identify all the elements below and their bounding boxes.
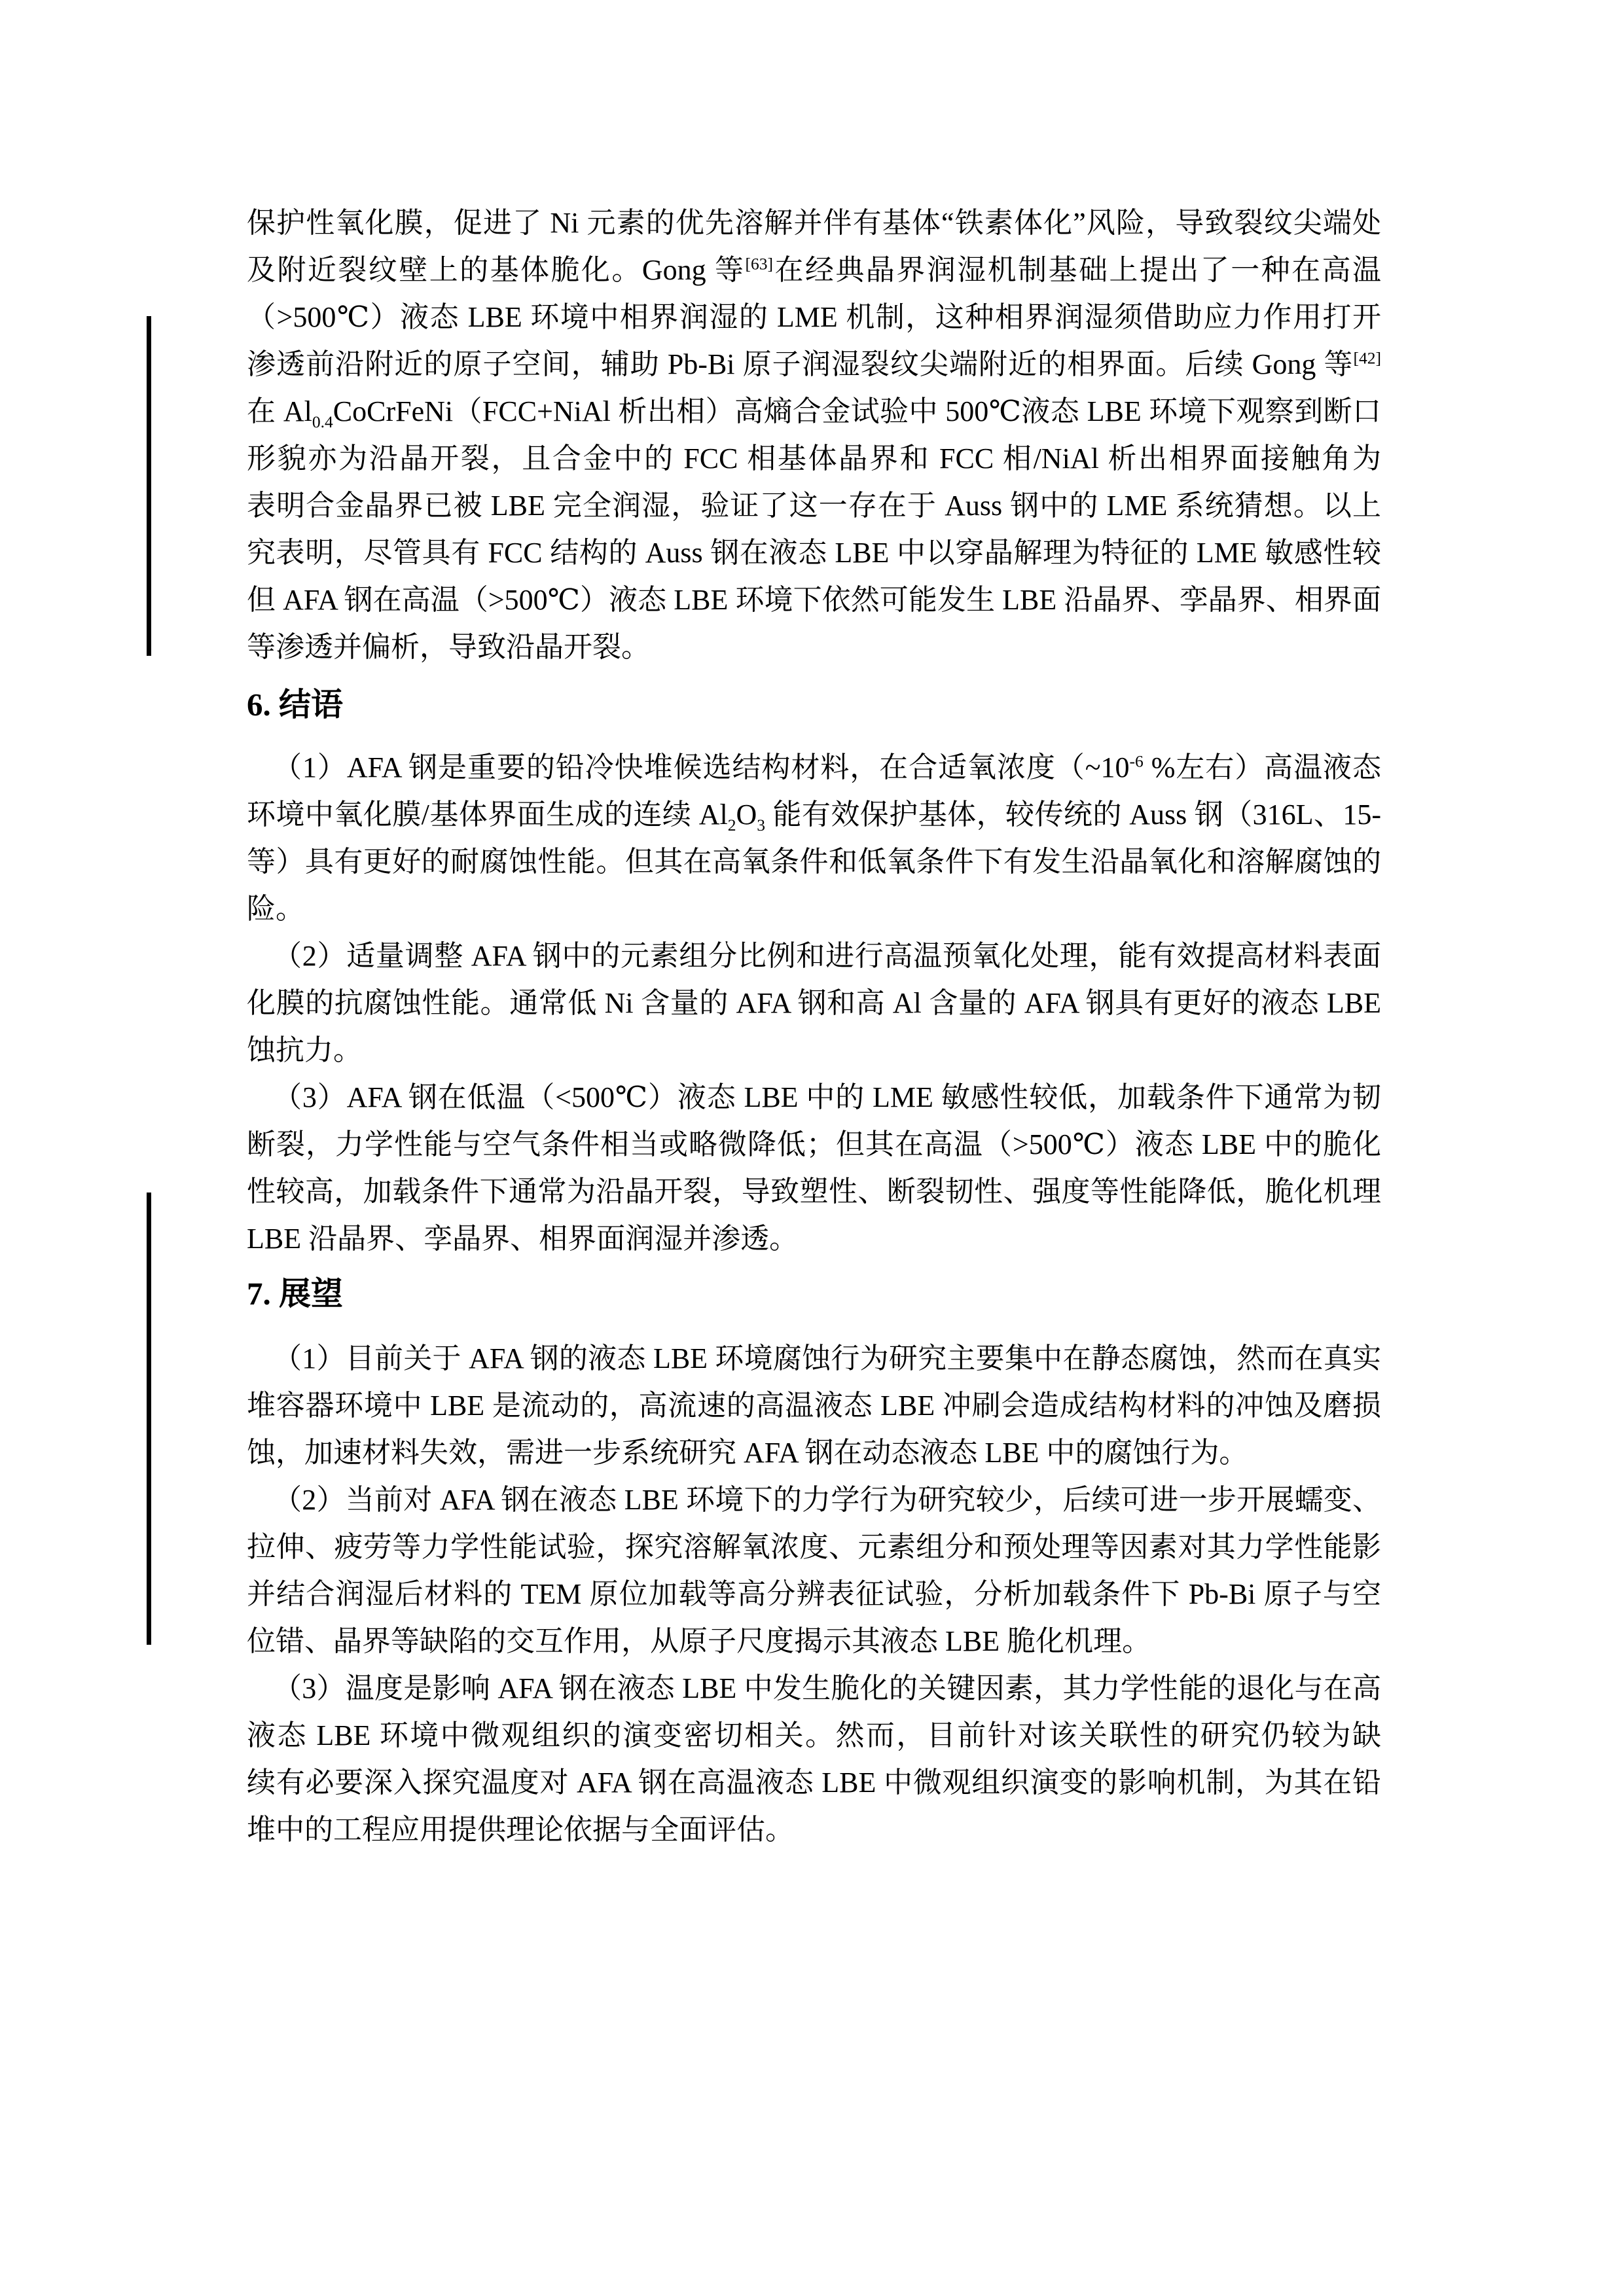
line-text: 续有必要深入探究温度对 AFA 钢在高温液态 LBE 中微观组织演变的影响机制，… [247,1767,1381,1806]
line-text: 及附近裂纹壁上的基体脆化。Gong 等 [247,254,746,286]
line-text: O [736,798,757,831]
text-line: 液态 LBE 环境中微观组织的演变密切相关。然而，目前针对该关联性的研究仍较为缺… [247,1712,1381,1759]
line-text: 液态 LBE 环境中微观组织的演变密切相关。然而，目前针对该关联性的研究仍较为缺… [247,1719,1381,1759]
line-text: CoCrFeNi（FCC+NiAl 析出相）高熵合金试验中 500℃液态 LBE… [333,395,1381,427]
text-line: （3）AFA 钢在低温（<500℃）液态 LBE 中的 LME 敏感性较低，加载… [247,1074,1381,1121]
revision-change-bar [147,316,151,656]
text-line: 性较高，加载条件下通常为沿晶开裂，导致塑性、断裂韧性、强度等性能降低，脆化机理为 [247,1168,1381,1215]
exponent-superscript: -6 [1130,751,1144,770]
text-line: LBE 沿晶界、孪晶界、相界面润湿并渗透。 [247,1215,1381,1263]
text-line: 拉伸、疲劳等力学性能试验，探究溶解氧浓度、元素组分和预处理等因素对其力学性能影响… [247,1524,1381,1571]
text-line: 及附近裂纹壁上的基体脆化。Gong 等[63]在经典晶界润湿机制基础上提出了一种… [247,247,1381,294]
line-text: （1）目前关于 AFA 钢的液态 LBE 环境腐蚀行为研究主要集中在静态腐蚀，然… [247,1342,1381,1382]
line-text: 蚀，加速材料失效，需进一步系统研究 AFA 钢在动态液态 LBE 中的腐蚀行为。 [247,1437,1248,1469]
line-text: 保护性氧化膜，促进了 Ni 元素的优先溶解并伴有基体“铁素体化”风险，导致裂纹尖… [247,207,1381,239]
text-line: 位错、晶界等缺陷的交互作用，从原子尺度揭示其液态 LBE 脆化机理。 [247,1618,1381,1665]
line-text: 在经典晶界润湿机制基础上提出了一种在高温 [773,254,1381,286]
document-page: 保护性氧化膜，促进了 Ni 元素的优先溶解并伴有基体“铁素体化”风险，导致裂纹尖… [0,0,1624,2296]
line-text: 但 AFA 钢在高温（>500℃）液态 LBE 环境下依然可能发生 LBE 沿晶… [247,584,1381,616]
text-line: 形貌亦为沿晶开裂，且合金中的 FCC 相基体晶界和 FCC 相/NiAl 析出相… [247,435,1381,482]
line-text: 表明合金晶界已被 LBE 完全润湿，验证了这一存在于 Auss 钢中的 LME … [247,490,1381,529]
text-line: （1）目前关于 AFA 钢的液态 LBE 环境腐蚀行为研究主要集中在静态腐蚀，然… [247,1335,1381,1382]
text-line: 续有必要深入探究温度对 AFA 钢在高温液态 LBE 中微观组织演变的影响机制，… [247,1759,1381,1806]
line-text: （3）温度是影响 AFA 钢在液态 LBE 中发生脆化的关键因素，其力学性能的退… [247,1672,1381,1712]
text-line: 并结合润湿后材料的 TEM 原位加载等高分辨表征试验，分析加载条件下 Pb-Bi… [247,1571,1381,1618]
line-text: （>500℃）液态 LBE 环境中相界润湿的 LME 机制，这种相界润湿须借助应… [247,301,1381,341]
line-text: 形貌亦为沿晶开裂，且合金中的 FCC 相基体晶界和 FCC 相/NiAl 析出相… [247,442,1381,482]
section-6-heading: 6. 结语 [247,685,1381,725]
section-7-heading: 7. 展望 [247,1274,1381,1314]
text-line: 渗透前沿附近的原子空间，辅助 Pb-Bi 原子润湿裂纹尖端附近的相界面。后续 G… [247,341,1381,388]
text-line: 环境中氧化膜/基体界面生成的连续 Al2O3 能有效保护基体，较传统的 Auss… [247,791,1381,838]
text-line: 但 AFA 钢在高温（>500℃）液态 LBE 环境下依然可能发生 LBE 沿晶… [247,577,1381,624]
text-line: 堆容器环境中 LBE 是流动的，高流速的高温液态 LBE 冲刷会造成结构材料的冲… [247,1382,1381,1429]
line-text: 断裂，力学性能与空气条件相当或略微降低；但其在高温（>500℃）液态 LBE 中… [247,1128,1381,1168]
section-7-body: （1）目前关于 AFA 钢的液态 LBE 环境腐蚀行为研究主要集中在静态腐蚀，然… [247,1335,1381,1854]
chemical-subscript: 2 [728,816,736,834]
line-text: 等）具有更好的耐腐蚀性能。但其在高氧条件和低氧条件下有发生沿晶氧化和溶解腐蚀的风 [247,846,1381,886]
line-text: 等渗透并偏析，导致沿晶开裂。 [247,631,650,663]
text-line: 蚀，加速材料失效，需进一步系统研究 AFA 钢在动态液态 LBE 中的腐蚀行为。 [247,1429,1381,1477]
line-text: 并结合润湿后材料的 TEM 原位加载等高分辨表征试验，分析加载条件下 Pb-Bi… [247,1578,1381,1618]
citation-superscript: [42] [1353,348,1381,367]
line-text: 化膜的抗腐蚀性能。通常低 Ni 含量的 AFA 钢和高 Al 含量的 AFA 钢… [247,987,1381,1027]
line-text: 险。 [247,893,304,925]
text-line: 在 Al0.4CoCrFeNi（FCC+NiAl 析出相）高熵合金试验中 500… [247,388,1381,435]
line-text: 性较高，加载条件下通常为沿晶开裂，导致塑性、断裂韧性、强度等性能降低，脆化机理为 [247,1175,1381,1215]
text-line: 等渗透并偏析，导致沿晶开裂。 [247,624,1381,671]
paragraph-intro: 保护性氧化膜，促进了 Ni 元素的优先溶解并伴有基体“铁素体化”风险，导致裂纹尖… [247,200,1381,671]
line-text: 究表明，尽管具有 FCC 结构的 Auss 钢在液态 LBE 中以穿晶解理为特征… [247,537,1381,577]
line-text: 位错、晶界等缺陷的交互作用，从原子尺度揭示其液态 LBE 脆化机理。 [247,1625,1151,1657]
text-line: 堆中的工程应用提供理论依据与全面评估。 [247,1806,1381,1854]
text-line: （2）适量调整 AFA 钢中的元素组分比例和进行高温预氧化处理，能有效提高材料表… [247,933,1381,980]
text-line: 等）具有更好的耐腐蚀性能。但其在高氧条件和低氧条件下有发生沿晶氧化和溶解腐蚀的风 [247,838,1381,886]
line-text: 堆中的工程应用提供理论依据与全面评估。 [247,1814,794,1846]
line-text: 在 Al [247,395,312,427]
chemical-subscript: 3 [757,816,765,834]
text-line: （2）当前对 AFA 钢在液态 LBE 环境下的力学行为研究较少，后续可进一步开… [247,1477,1381,1524]
line-text: （1）AFA 钢是重要的铅冷快堆候选结构材料，在合适氧浓度（~10 [273,751,1130,783]
chemical-subscript: 0.4 [312,412,333,431]
line-text: LBE 沿晶界、孪晶界、相界面润湿并渗透。 [247,1223,798,1255]
text-line: （3）温度是影响 AFA 钢在液态 LBE 中发生脆化的关键因素，其力学性能的退… [247,1665,1381,1712]
revision-change-bar [147,1193,151,1645]
text-column: 保护性氧化膜，促进了 Ni 元素的优先溶解并伴有基体“铁素体化”风险，导致裂纹尖… [247,200,1381,1854]
line-text: 环境中氧化膜/基体界面生成的连续 Al [247,798,728,831]
text-line: 化膜的抗腐蚀性能。通常低 Ni 含量的 AFA 钢和高 Al 含量的 AFA 钢… [247,980,1381,1027]
text-line: 险。 [247,886,1381,933]
section-6-body: （1）AFA 钢是重要的铅冷快堆候选结构材料，在合适氧浓度（~10-6 %左右）… [247,744,1381,1263]
text-line: 表明合金晶界已被 LBE 完全润湿，验证了这一存在于 Auss 钢中的 LME … [247,482,1381,529]
line-text: 渗透前沿附近的原子空间，辅助 Pb-Bi 原子润湿裂纹尖端附近的相界面。后续 G… [247,348,1353,380]
line-text: 堆容器环境中 LBE 是流动的，高流速的高温液态 LBE 冲刷会造成结构材料的冲… [247,1390,1381,1429]
text-line: 保护性氧化膜，促进了 Ni 元素的优先溶解并伴有基体“铁素体化”风险，导致裂纹尖… [247,200,1381,247]
line-text: 拉伸、疲劳等力学性能试验，探究溶解氧浓度、元素组分和预处理等因素对其力学性能影响… [247,1531,1381,1571]
line-text: （2）当前对 AFA 钢在液态 LBE 环境下的力学行为研究较少，后续可进一步开… [247,1484,1381,1524]
text-line: （>500℃）液态 LBE 环境中相界润湿的 LME 机制，这种相界润湿须借助应… [247,294,1381,341]
text-line: （1）AFA 钢是重要的铅冷快堆候选结构材料，在合适氧浓度（~10-6 %左右）… [247,744,1381,791]
line-text: 蚀抗力。 [247,1034,362,1066]
line-text: （2）适量调整 AFA 钢中的元素组分比例和进行高温预氧化处理，能有效提高材料表… [247,940,1381,980]
text-line: 究表明，尽管具有 FCC 结构的 Auss 钢在液态 LBE 中以穿晶解理为特征… [247,529,1381,577]
text-line: 蚀抗力。 [247,1027,1381,1074]
text-line: 断裂，力学性能与空气条件相当或略微降低；但其在高温（>500℃）液态 LBE 中… [247,1121,1381,1168]
line-text: （3）AFA 钢在低温（<500℃）液态 LBE 中的 LME 敏感性较低，加载… [247,1081,1381,1121]
citation-superscript: [63] [746,254,774,273]
